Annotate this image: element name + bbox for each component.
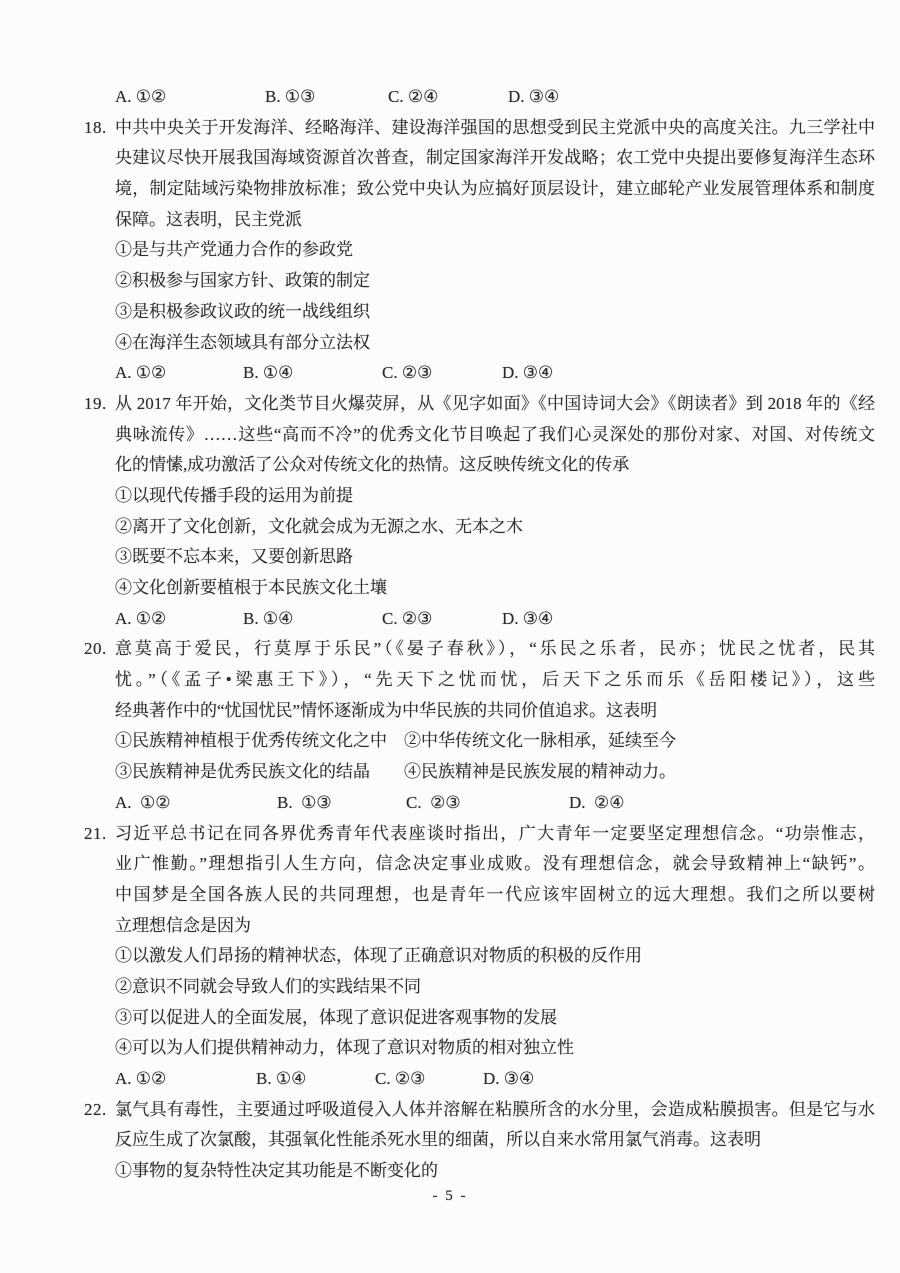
option-b: B. ①④: [243, 604, 382, 635]
option-a: A. ①②: [115, 788, 277, 819]
question-19-number: 19.: [84, 389, 115, 420]
question-18-item-3: ③是积极参政议政的统一战线组织: [115, 297, 875, 328]
question-18-item-4: ④在海洋生态领域具有部分立法权: [115, 328, 875, 359]
question-21-item-1: ①以激发人们昂扬的精神状态，体现了正确意识对物质的积极的反作用: [115, 941, 875, 972]
question-18-item-1: ①是与共产党通力合作的参政党: [115, 235, 875, 266]
question-22-item-1: ①事物的复杂特性决定其功能是不断变化的: [115, 1156, 875, 1187]
question-21-line: 业广惟勤。”理想指引人生方向，信念决定事业成败。没有理想信念，就会导致精神上“缺…: [115, 849, 875, 880]
option-b: B. ①④: [256, 1064, 375, 1095]
option-a: A. ①②: [115, 358, 243, 389]
question-18-number: 18.: [84, 113, 115, 144]
question-20-line: 忧。”（《孟子•梁惠王下》），“先天下之忧而忧，后天下之乐而乐《岳阳楼记》），这…: [115, 665, 875, 696]
question-18-line: 境，制定陆域污染物排放标准；致公党中央认为应搞好顶层设计，建立邮轮产业发展管理体…: [115, 174, 875, 205]
option-b: B. ①④: [243, 358, 382, 389]
question-20-options: A. ①② B. ①③ C. ②③ D. ②④: [115, 788, 875, 819]
option-a: A. ①②: [115, 1064, 256, 1095]
question-19-options: A. ①② B. ①④ C. ②③ D. ③④: [115, 604, 875, 635]
question-18-item-2: ②积极参与国家方针、政策的制定: [115, 266, 875, 297]
question-21-options: A. ①② B. ①④ C. ②③ D. ③④: [115, 1064, 875, 1095]
question-19-line: 化的情愫,成功激活了公众对传统文化的热情。这反映传统文化的传承: [115, 450, 875, 481]
question-18: 18. 中共中央关于开发海洋、经略海洋、建设海洋强国的思想受到民主党派中央的高度…: [115, 113, 875, 389]
answer-options-row-prev: A. ①② B. ①③ C. ②④ D. ③④: [115, 82, 875, 113]
option-a: A. ①②: [115, 82, 265, 113]
option-c: C. ②③: [406, 788, 569, 819]
question-21-item-2: ②意识不同就会导致人们的实践结果不同: [115, 972, 875, 1003]
page-number: - 5 -: [0, 1188, 900, 1205]
option-d: D. ③④: [508, 82, 875, 113]
question-19-item-3: ③既要不忘本来，又要创新思路: [115, 542, 875, 573]
option-b: B. ①③: [265, 82, 388, 113]
question-18-options: A. ①② B. ①④ C. ②③ D. ③④: [115, 358, 875, 389]
option-a: A. ①②: [115, 604, 243, 635]
question-20-items-row-2: ③民族精神是优秀民族文化的结晶 ④民族精神是民族发展的精神动力。: [115, 757, 875, 788]
question-21-line: 立理想信念是因为: [115, 911, 875, 942]
question-22-number: 22.: [84, 1095, 115, 1126]
question-18-line: 央建议尽快开展我国海域资源首次普查，制定国家海洋开发战略；农工党中央提出要修复海…: [115, 143, 875, 174]
question-20-number: 20.: [84, 634, 115, 665]
question-21-line: 习近平总书记在同各界优秀青年代表座谈时指出，广大青年一定要坚定理想信念。“功崇惟…: [115, 819, 875, 850]
question-19-item-4: ④文化创新要植根于本民族文化土壤: [115, 573, 875, 604]
question-21-line: 中国梦是全国各族人民的共同理想，也是青年一代应该牢固树立的远大理想。我们之所以要…: [115, 880, 875, 911]
question-21-number: 21.: [84, 819, 115, 850]
question-18-line: 保障。这表明，民主党派: [115, 205, 875, 236]
option-d: D. ③④: [483, 1064, 875, 1095]
option-c: C. ②④: [388, 82, 508, 113]
option-d: D. ③④: [502, 604, 875, 635]
option-b: B. ①③: [277, 788, 406, 819]
option-c: C. ②③: [382, 358, 502, 389]
question-22: 22. 氯气具有毒性，主要通过呼吸道侵入人体并溶解在粘膜所含的水分里，会造成粘膜…: [115, 1095, 875, 1187]
question-21-item-4: ④可以为人们提供精神动力，体现了意识对物质的相对独立性: [115, 1033, 875, 1064]
page-content: A. ①② B. ①③ C. ②④ D. ③④ 18. 中共中央关于开发海洋、经…: [115, 82, 875, 1187]
question-19-line: 典咏流传》……这些“高而不冷”的优秀文化节目唤起了我们心灵深处的那份对家、对国、…: [115, 420, 875, 451]
question-21: 21. 习近平总书记在同各界优秀青年代表座谈时指出，广大青年一定要坚定理想信念。…: [115, 819, 875, 1095]
question-18-line: 中共中央关于开发海洋、经略海洋、建设海洋强国的思想受到民主党派中央的高度关注。九…: [115, 113, 875, 144]
question-22-line: 反应生成了次氯酸，其强氧化性能杀死水里的细菌，所以自来水常用氯气消毒。这表明: [115, 1125, 875, 1156]
option-c: C. ②③: [382, 604, 502, 635]
question-21-item-3: ③可以促进人的全面发展，体现了意识促进客观事物的发展: [115, 1003, 875, 1034]
question-19-item-1: ①以现代传播手段的运用为前提: [115, 481, 875, 512]
option-c: C. ②③: [375, 1064, 483, 1095]
question-20-line: 经典著作中的“忧国忧民”情怀逐渐成为中华民族的共同价值追求。这表明: [115, 696, 875, 727]
question-19-item-2: ②离开了文化创新，文化就会成为无源之水、无本之木: [115, 512, 875, 543]
option-d: D. ③④: [502, 358, 875, 389]
question-19: 19. 从 2017 年开始，文化类节目火爆荧屏，从《见字如面》《中国诗词大会》…: [115, 389, 875, 635]
question-20-items-row-1: ①民族精神植根于优秀传统文化之中 ②中华传统文化一脉相承，延续至今: [115, 726, 875, 757]
question-19-line: 从 2017 年开始，文化类节目火爆荧屏，从《见字如面》《中国诗词大会》《朗读者…: [115, 389, 875, 420]
question-20: 20. 意莫高于爱民，行莫厚于乐民”（《晏子春秋》），“乐民之乐者，民亦；忧民之…: [115, 634, 875, 818]
question-20-line: 意莫高于爱民，行莫厚于乐民”（《晏子春秋》），“乐民之乐者，民亦；忧民之忧者，民…: [115, 634, 875, 665]
option-d: D. ②④: [569, 788, 875, 819]
exam-page: A. ①② B. ①③ C. ②④ D. ③④ 18. 中共中央关于开发海洋、经…: [0, 0, 900, 1273]
question-22-line: 氯气具有毒性，主要通过呼吸道侵入人体并溶解在粘膜所含的水分里，会造成粘膜损害。但…: [115, 1095, 875, 1126]
